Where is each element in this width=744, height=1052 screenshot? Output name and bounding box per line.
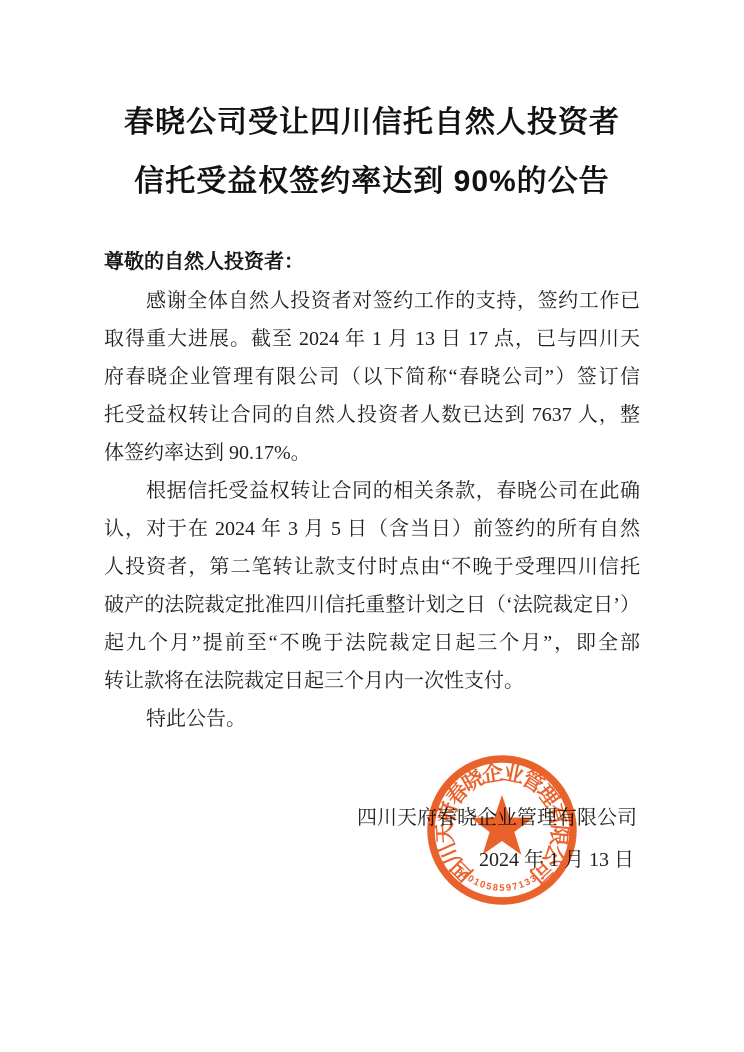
- announcement-title-line1: 春晓公司受让四川信托自然人投资者: [0, 97, 744, 141]
- body-lines: 感谢全体自然人投资者对签约工作的支持，签约工作已取得重大进展。截至 2024 年…: [104, 282, 640, 738]
- signature-company: 四川天府春晓企业管理有限公司: [357, 801, 637, 830]
- body-line: 起九个月”提前至“不晚于法院裁定日起三个月”，即全部: [104, 624, 640, 662]
- company-seal: 四川天府春晓企业管理有限公司 5101058597133: [417, 745, 587, 915]
- body-line: 转让款将在法院裁定日起三个月内一次性支付。: [104, 662, 640, 700]
- body-line: 破产的法院裁定批准四川信托重整计划之日（‘法院裁定日’）: [104, 586, 640, 624]
- body-line: 府春晓企业管理有限公司（以下简称“春晓公司”）签订信: [104, 358, 640, 396]
- body-line: 取得重大进展。截至 2024 年 1 月 13 日 17 点，已与四川天: [104, 320, 640, 358]
- body-line: 人投资者，第二笔转让款支付时点由“不晚于受理四川信托: [104, 548, 640, 586]
- signature-date: 2024 年 1 月 13 日: [479, 843, 634, 872]
- body-line: 托受益权转让合同的自然人投资者人数已达到 7637 人，整: [104, 396, 640, 434]
- body-line: 体签约率达到 90.17%。: [104, 434, 640, 472]
- body-line: 感谢全体自然人投资者对签约工作的支持，签约工作已: [104, 282, 640, 320]
- body-line: 根据信托受益权转让合同的相关条款，春晓公司在此确: [104, 472, 640, 510]
- greeting: 尊敬的自然人投资者：: [104, 243, 640, 282]
- seal-ring: [431, 759, 573, 901]
- document-body: 尊敬的自然人投资者： 感谢全体自然人投资者对签约工作的支持，签约工作已取得重大进…: [104, 243, 640, 738]
- body-line: 特此公告。: [104, 700, 640, 738]
- body-line: 认，对于在 2024 年 3 月 5 日（含当日）前签约的所有自然: [104, 510, 640, 548]
- document-page: 春晓公司受让四川信托自然人投资者 信托受益权签约率达到 90%的公告 尊敬的自然…: [0, 0, 744, 1052]
- announcement-title-line2: 信托受益权签约率达到 90%的公告: [0, 156, 744, 200]
